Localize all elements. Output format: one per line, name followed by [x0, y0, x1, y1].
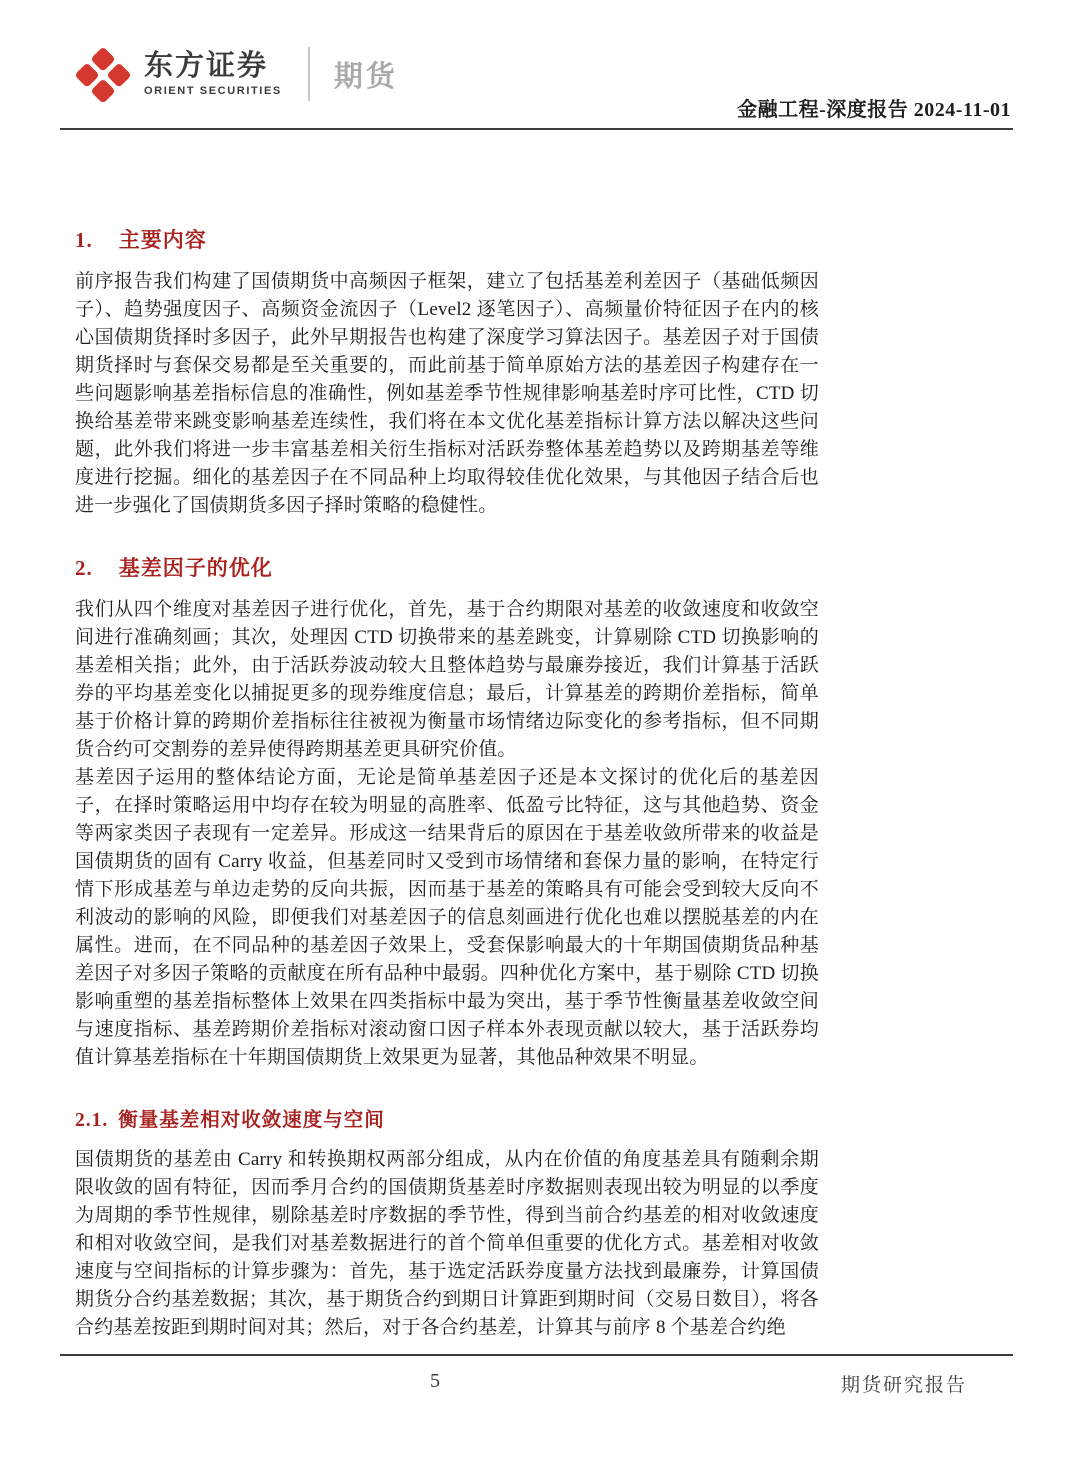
- brand-text: 东方证券 ORIENT SECURITIES: [144, 50, 282, 98]
- section-2-1-heading: 2.1.衡量基差相对收敛速度与空间: [75, 1104, 819, 1132]
- logo-divider: [308, 47, 310, 101]
- division-label: 期货: [334, 54, 398, 95]
- section-2-1-title: 衡量基差相对收敛速度与空间: [118, 1110, 385, 1131]
- footer-label: 期货研究报告: [841, 1370, 967, 1397]
- section-2-number: 2.: [75, 556, 93, 581]
- paragraph: 我们从四个维度对基差因子进行优化，首先，基于合约期限对基差的收敛速度和收敛空间进…: [75, 596, 819, 764]
- report-meta: 金融工程-深度报告 2024-11-01: [737, 93, 1011, 122]
- section-2-title: 基差因子的优化: [119, 556, 273, 580]
- brand-logo: 东方证券 ORIENT SECURITIES 期货: [74, 44, 398, 104]
- page-number: 5: [430, 1370, 440, 1393]
- section-1-number: 1.: [75, 228, 93, 253]
- report-page: 东方证券 ORIENT SECURITIES 期货 金融工程-深度报告 2024…: [0, 0, 1080, 1466]
- page-footer: 5 期货研究报告: [60, 1354, 1013, 1436]
- paragraph: 国债期货的基差由 Carry 和转换期权两部分组成，从内在价值的角度基差具有随剩…: [75, 1146, 819, 1342]
- section-1-heading: 1.主要内容: [75, 224, 819, 254]
- orient-securities-logo-icon: [74, 44, 132, 104]
- brand-name-cn: 东方证券: [144, 50, 282, 82]
- section-2-1-number: 2.1.: [75, 1110, 108, 1132]
- paragraph: 前序报告我们构建了国债期货中高频因子框架，建立了包括基差利差因子（基础低频因子）…: [75, 268, 819, 520]
- brand-name-en: ORIENT SECURITIES: [144, 84, 282, 98]
- section-1-title: 主要内容: [119, 228, 207, 252]
- page-header: 东方证券 ORIENT SECURITIES 期货 金融工程-深度报告 2024…: [60, 0, 1013, 130]
- section-2-heading: 2.基差因子的优化: [75, 552, 819, 582]
- paragraph: 基差因子运用的整体结论方面，无论是简单基差因子还是本文探讨的优化后的基差因子，在…: [75, 764, 819, 1072]
- report-body: 1.主要内容 前序报告我们构建了国债期货中高频因子框架，建立了包括基差利差因子（…: [75, 224, 819, 1342]
